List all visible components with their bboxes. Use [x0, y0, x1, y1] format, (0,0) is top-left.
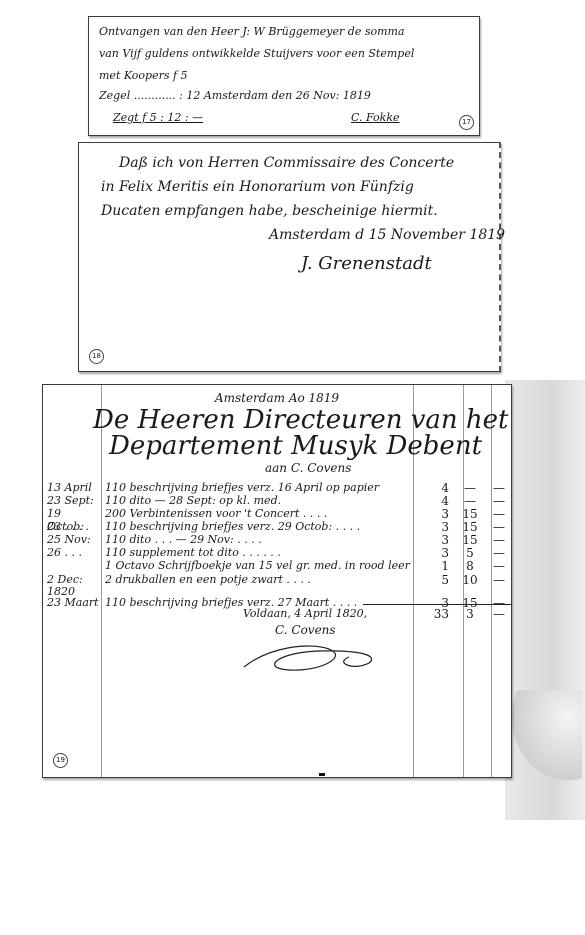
table-row: 1 Octavo Schrijfboekje van 15 vel gr. me… [43, 559, 511, 573]
invoice-creditor: aan C. Covens [265, 461, 351, 475]
row-date: 23 . . . . [47, 520, 99, 533]
row-stuivers: 15 [459, 507, 481, 521]
row-date: 13 April [47, 481, 99, 494]
receipt-2-place-date: Amsterdam d 15 November 1819 [269, 227, 505, 243]
receipt-1-total: Zegt f 5 : 12 : — [113, 111, 203, 124]
row-description: 110 beschrijving briefjes verz. 16 April… [105, 481, 435, 494]
row-guilders: 3 [427, 507, 449, 521]
row-penningen: — [491, 520, 507, 534]
row-stuivers: 8 [459, 559, 481, 573]
row-date: 23 Sept: [47, 494, 99, 507]
receipt-1-line: van Vijf guldens ontwikkelde Stuijvers v… [99, 47, 414, 60]
row-penningen: — [491, 546, 507, 560]
invoice-place-year: Amsterdam Ao 1819 [43, 391, 511, 405]
sheet-number-badge: 19 [53, 753, 68, 768]
row-stuivers: — [459, 481, 481, 495]
row-guilders: 3 [427, 533, 449, 547]
receipt-1: Ontvangen van den Heer J: W Brüggemeyer … [88, 16, 480, 136]
receipt-2-line: Ducaten empfangen habe, bescheinige hier… [101, 203, 438, 219]
receipt-2: Daß ich von Herren Commissaire des Conce… [78, 142, 501, 372]
invoice-signature: C. Covens [275, 623, 336, 637]
row-guilders: 3 [427, 520, 449, 534]
row-guilders: 4 [427, 481, 449, 495]
invoice-total-row: Voldaan, 4 April 1820, 33 3 — [43, 607, 511, 621]
invoice-subtitle: Departement Musyk Debent [109, 431, 482, 461]
receipt-1-line: met Koopers f 5 [99, 69, 188, 82]
row-guilders: 3 [427, 546, 449, 560]
receipt-1-line: Ontvangen van den Heer J: W Brüggemeyer … [99, 25, 405, 38]
table-row: 25 Nov:110 dito . . . — 29 Nov: . . . .3… [43, 533, 511, 547]
row-penningen: — [491, 559, 507, 573]
invoice: Amsterdam Ao 1819 De Heeren Directeuren … [42, 384, 512, 778]
table-row: 23 . . . .110 beschrijving briefjes verz… [43, 520, 511, 534]
table-row: 26 . . .110 supplement tot dito . . . . … [43, 546, 511, 560]
total-guilders: 33 [427, 607, 449, 621]
table-row: 19 Octob:200 Verbintenissen voor 't Conc… [43, 507, 511, 521]
row-stuivers: — [459, 494, 481, 508]
total-rule [363, 604, 511, 605]
row-description: 110 supplement tot dito . . . . . . [105, 546, 435, 559]
row-penningen: — [491, 481, 507, 495]
row-penningen: — [491, 533, 507, 547]
row-guilders: 4 [427, 494, 449, 508]
row-description: 1 Octavo Schrijfboekje van 15 vel gr. me… [105, 559, 435, 572]
settled-note: Voldaan, 4 April 1820, [243, 607, 403, 620]
sheet-number-badge: 18 [89, 349, 104, 364]
row-description: 200 Verbintenissen voor 't Concert . . .… [105, 507, 435, 520]
row-description: 110 dito — 28 Sept: op kl. med. [105, 494, 435, 507]
row-stuivers: 5 [459, 546, 481, 560]
total-penningen: — [491, 607, 507, 621]
row-date: 26 . . . [47, 546, 99, 559]
sheet-number-badge: 17 [459, 115, 474, 130]
page-curl [512, 690, 582, 780]
ink-mark [319, 773, 325, 776]
row-description: 110 beschrijving briefjes verz. 29 Octob… [105, 520, 435, 533]
row-penningen: — [491, 494, 507, 508]
receipt-1-line: Zegel ............ : 12 Amsterdam den 26… [99, 89, 371, 102]
receipt-2-line: in Felix Meritis ein Honorarium von Fünf… [101, 179, 414, 195]
row-stuivers: 15 [459, 533, 481, 547]
table-row: 23 Sept:110 dito — 28 Sept: op kl. med.4… [43, 494, 511, 508]
receipt-2-line: Daß ich von Herren Commissaire des Conce… [119, 155, 454, 171]
table-row: 13 April110 beschrijving briefjes verz. … [43, 481, 511, 495]
receipt-1-signature: C. Fokke [351, 111, 400, 124]
row-penningen: — [491, 507, 507, 521]
row-stuivers: 15 [459, 520, 481, 534]
total-stuivers: 3 [459, 607, 481, 621]
row-date: 25 Nov: [47, 533, 99, 546]
row-description: 110 dito . . . — 29 Nov: . . . . [105, 533, 435, 546]
signature-flourish [239, 637, 389, 677]
row-guilders: 1 [427, 559, 449, 573]
receipt-2-signature: J. Grenenstadt [301, 253, 432, 274]
